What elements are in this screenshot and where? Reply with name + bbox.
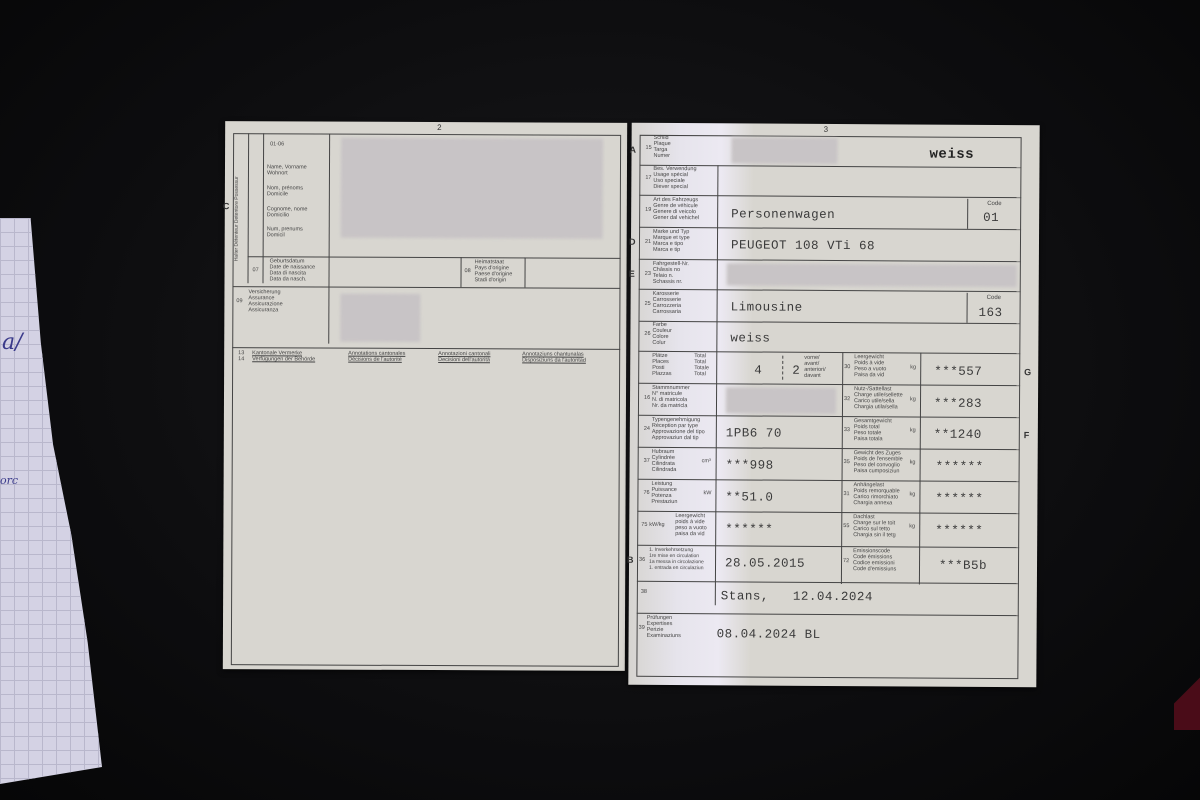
body-code: 163 xyxy=(979,306,1003,320)
kg-unit: kg xyxy=(910,427,916,433)
document-page-right: 3 A 15 Schild Plaque Targa Numer weiss 1… xyxy=(628,123,1039,687)
special-use-label: Bes. Verwendung Usage spécial Uso specia… xyxy=(653,166,696,190)
page-number: 3 xyxy=(824,125,829,134)
redacted-holder-name xyxy=(341,138,603,239)
field-75-num: 75 xyxy=(641,522,647,528)
train-weight-value: ****** xyxy=(936,460,984,474)
field-17-num: 17 xyxy=(645,175,651,181)
towing-load-label: Anhängelast Poids remorquable Carico rim… xyxy=(853,482,899,506)
kw-kg-unit: kW/kg xyxy=(649,522,664,528)
insurance-label: Versicherung Assurance Assicurazione Ass… xyxy=(248,289,282,313)
field-55-num: 55 xyxy=(843,523,849,529)
displacement-value: ***998 xyxy=(726,458,774,472)
field-23-num: 23 xyxy=(645,271,651,277)
inspection-date-value: 08.04.2024 BL xyxy=(717,627,821,642)
remarks-label-it: Annotazioni cantonali Decisioni dell'aut… xyxy=(438,351,490,363)
kg-unit: kg xyxy=(910,364,916,370)
redacted-base-number xyxy=(726,387,836,414)
birthdate-label: Geburtsdatum Date de naissance Data di n… xyxy=(269,258,315,282)
first-registration-label: 1. Inverkehrsetzung 1re mise en circulat… xyxy=(649,547,704,571)
red-object-corner xyxy=(1174,650,1200,730)
cm3-unit: cm³ xyxy=(702,458,711,464)
remarks-label-fr: Annotations cantonales Décisions de l'au… xyxy=(348,351,405,363)
remarks-label-rm: Annotaziuns chantunalas Disposiziuns da … xyxy=(522,351,586,363)
holder-vertical-label: Halter Détenteur Detentore Possessur xyxy=(234,176,240,261)
kg-unit: kg xyxy=(909,523,915,529)
towing-load-value: ****** xyxy=(935,492,983,506)
body-label: Karosserie Carrosserie Carrozzeria Carro… xyxy=(653,291,682,315)
field-30-num: 30 xyxy=(844,364,850,370)
field-72-num: 72 xyxy=(843,558,849,564)
total-weight-value: **1240 xyxy=(934,428,982,442)
field-76-num: 76 xyxy=(643,490,649,496)
make-model-label: Marke und Typ Marque et type Marca e tip… xyxy=(653,229,690,253)
type-approval-label: Typengenehmigung Réception par type Appr… xyxy=(652,417,705,441)
field-01-06-num: 01-06 xyxy=(270,141,284,147)
redacted-insurance xyxy=(340,294,420,342)
seats-total-value: 4 xyxy=(754,364,762,378)
holder-label-it: Cognome, nome Domicilio xyxy=(267,206,308,218)
first-registration-value: 28.05.2015 xyxy=(725,556,805,570)
roof-load-value: ****** xyxy=(935,524,983,538)
redacted-plate-number xyxy=(731,137,837,164)
power-weight-label: Leergewicht poids à vide peso a vuoto pa… xyxy=(675,513,707,537)
field-37-num: 37 xyxy=(644,458,650,464)
field-09-num: 09 xyxy=(236,298,242,304)
field-39-num: 39 xyxy=(639,625,645,631)
vehicle-type-label: Art des Fahrzeugs Genre de véhicule Gene… xyxy=(653,197,699,221)
seats-total-label: Total Total Totale Total xyxy=(694,353,709,377)
seats-front-value: 2 xyxy=(792,364,800,378)
scrap-handwriting-2: orc xyxy=(0,474,18,487)
code-header: Code xyxy=(987,201,1001,207)
kg-unit: kg xyxy=(910,459,916,465)
field-32-num: 32 xyxy=(844,396,850,402)
train-weight-label: Gewicht des Zuges Poids de l'ensemble Pe… xyxy=(854,450,903,474)
color-label: Farbe Couleur Colore Colur xyxy=(652,322,671,346)
holder-label-rm: Num, prenums Domicil xyxy=(267,226,303,238)
roof-load-label: Dachlast Charge sur le toit Carico sul t… xyxy=(853,514,896,538)
power-weight-value: ****** xyxy=(725,522,773,536)
power-label: Leistung Puissance Potenza Prestaziun xyxy=(651,481,677,505)
emission-code-value: ***B5b xyxy=(939,559,987,573)
origin-label: Heimatstaat Pays d'origine Paese d'origi… xyxy=(474,259,512,283)
seats-front-label: vorne/ avant/ anteriori/ davant xyxy=(804,355,826,379)
field-38-num: 38 xyxy=(641,589,647,595)
field-19-num: 19 xyxy=(645,207,651,213)
field-16-num: 16 xyxy=(644,395,650,401)
emission-code-label: Emissionscode Code émissions Codice emis… xyxy=(853,548,896,572)
field-36-num: 36 xyxy=(639,557,645,563)
section-letter-d: D xyxy=(629,237,636,247)
empty-weight-value: ***557 xyxy=(934,365,982,379)
plate-label: Schild Plaque Targa Numer xyxy=(654,135,671,159)
payload-value: ***283 xyxy=(934,397,982,411)
vehicle-type-code: 01 xyxy=(983,211,999,225)
total-weight-label: Gesamtgewicht Poids total Peso totale Pa… xyxy=(854,418,892,442)
color-value: weiss xyxy=(730,331,770,345)
section-letter-a: A xyxy=(630,145,637,155)
chassis-label: Fahrgestell-Nr. Châssis no Telaio n. Sch… xyxy=(653,261,689,285)
power-value: **51.0 xyxy=(725,490,773,504)
payload-label: Nutz-/Sattellast Charge utile/sellette C… xyxy=(854,386,903,410)
field-33-num: 33 xyxy=(844,427,850,433)
kw-unit: kW xyxy=(703,490,711,496)
field-26-num: 26 xyxy=(644,331,650,337)
vehicle-type-value: Personenwagen xyxy=(731,207,835,222)
plate-color-value: weiss xyxy=(929,147,974,163)
issue-place-date-value: Stans, 12.04.2024 xyxy=(721,589,873,604)
page-number: 2 xyxy=(437,123,441,132)
empty-weight-label: Leergewicht Poids à vide Peso a vuoto Pa… xyxy=(854,354,886,378)
displacement-label: Hubraum Cylindrée Cilindrata Cilindrada xyxy=(652,449,677,473)
redacted-chassis-number xyxy=(727,263,1017,287)
type-approval-value: 1PB6 70 xyxy=(726,426,782,440)
document-page-left: 2 C Halter Détenteur Detentore Possessur… xyxy=(223,121,627,671)
base-number-label: Stammnummer N° matricule N. di matricola… xyxy=(652,385,690,409)
kg-unit: kg xyxy=(910,396,916,402)
field-24-num: 24 xyxy=(644,426,650,432)
section-letter-e: E xyxy=(629,269,635,279)
field-08-num: 08 xyxy=(465,268,471,274)
seats-label: Plätze Places Posti Plazzas xyxy=(652,353,671,377)
code-header: Code xyxy=(987,295,1001,301)
field-13-14-num: 13 14 xyxy=(238,350,244,362)
body-value: Limousine xyxy=(731,300,803,314)
field-15-num: 15 xyxy=(646,145,652,151)
field-21-num: 21 xyxy=(645,239,651,245)
field-35-num: 35 xyxy=(844,459,850,465)
make-model-value: PEUGEOT 108 VTi 68 xyxy=(731,238,875,253)
notebook-scrap: a/ orc xyxy=(0,218,102,784)
kg-unit: kg xyxy=(909,491,915,497)
field-07-num: 07 xyxy=(253,267,259,273)
holder-label-de: Name, Vorname Wohnort xyxy=(267,164,307,176)
section-letter-g: G xyxy=(1024,367,1031,377)
field-25-num: 25 xyxy=(645,301,651,307)
inspections-label: Prüfungen Expertises Perizie Examinaziun… xyxy=(647,615,681,639)
section-letter-f: F xyxy=(1024,430,1030,440)
field-31-num: 31 xyxy=(843,491,849,497)
scrap-handwriting-1: a/ xyxy=(2,330,23,355)
section-letter-b: B xyxy=(627,555,634,565)
remarks-label-de: Kantonale Vermerke Verfügungen der Behör… xyxy=(252,350,315,362)
section-letter-c: C xyxy=(223,201,230,211)
holder-label-fr: Nom, prénoms Domicile xyxy=(267,185,303,197)
